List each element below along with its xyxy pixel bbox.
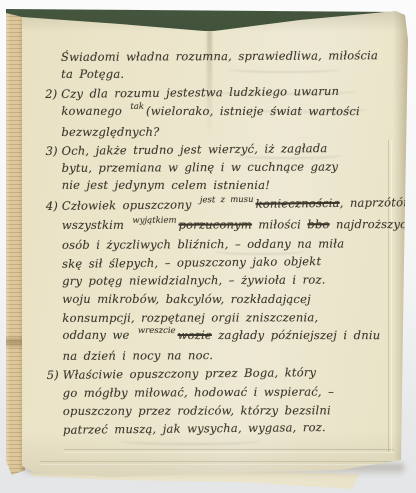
handwritten-text: , naprzótór — [340, 195, 409, 210]
handwritten-text: opuszczony przez rodziców, którzy bezsil… — [63, 403, 331, 418]
handwritten-text: miłości — [252, 217, 307, 231]
manuscript-line: oddany we wreszciewozie zagłady późniejs… — [62, 326, 408, 347]
manuscript-line: konsumpcji, rozpętanej orgii zniszczenia… — [62, 308, 408, 327]
paragraph-number: 4) — [46, 196, 62, 214]
handwritten-text: (wielorako, istnieje świat wartości — [146, 104, 360, 118]
handwritten-text: konsumpcji, rozpętanej orgii zniszczenia… — [62, 310, 318, 325]
handwritten-text: patrzeć muszą, jak wysycha, wygasa, roz. — [63, 420, 326, 437]
handwritten-text: Świadomi władna rozumna, sprawiedliwa, m… — [61, 48, 378, 64]
manuscript-line: 2)Czy dla rozumu jestestwa ludzkiego uwa… — [61, 82, 407, 104]
inserted-word-above-line: wyjątkiem — [132, 215, 176, 225]
manuscript-line: kowanego tak(wielorako, istnieje świat w… — [61, 101, 407, 122]
manuscript-line: Świadomi władna rozumna, sprawiedliwa, m… — [61, 46, 407, 66]
handwritten-text: osób i życzliwych bliźnich, – oddany na … — [62, 236, 344, 251]
manuscript-text: Świadomi władna rozumna, sprawiedliwa, m… — [61, 46, 409, 438]
handwritten-text: wszystkim — [62, 218, 131, 232]
handwritten-text: Człowiek opuszczony — [62, 197, 198, 212]
manuscript-photo: Świadomi władna rozumna, sprawiedliwa, m… — [0, 0, 416, 493]
handwritten-text: oddany we — [62, 328, 135, 342]
manuscript-line: gry potęg niewidzialnych, – żywioła i ro… — [62, 271, 408, 291]
handwritten-text: bezwzględnych? — [61, 125, 159, 139]
crossed-out-word: wozie — [178, 328, 212, 342]
manuscript-line: bytu, przemiana w glinę i w cuchnące gaz… — [62, 157, 408, 177]
paragraph-number: 5) — [47, 366, 63, 384]
handwritten-text: najdroższych — [330, 217, 415, 231]
handwritten-text: zagłady późniejszej i dniu — [212, 328, 380, 342]
handwritten-text: gry potęg niewidzialnych, – żywioła i ro… — [62, 273, 325, 288]
manuscript-line: patrzeć muszą, jak wysycha, wygasa, roz. — [63, 417, 409, 439]
handwritten-text: ta Potęga. — [61, 67, 124, 81]
manuscript-line: 4)Człowiek opuszczony jest z musukoniecz… — [62, 193, 408, 217]
handwritten-text: Czy dla rozumu jestestwa ludzkiego uwaru… — [61, 84, 339, 101]
handwritten-text: woju mikrobów, bakcylów, rozkładającej — [62, 291, 311, 305]
handwritten-text: bytu, przemiana w glinę i w cuchnące gaz… — [62, 160, 339, 175]
paragraph-number: 3) — [45, 142, 61, 160]
handwritten-text: go mógłby miłować, hodować i wspierać, – — [63, 384, 334, 399]
handwritten-text: nie jest jedynym celem istnienia! — [62, 178, 270, 192]
crossed-out-word: bbo — [307, 217, 329, 231]
inserted-word-above-line: wreszcie — [138, 326, 176, 336]
handwritten-text: kowanego — [61, 103, 128, 117]
handwritten-text: Właściwie opuszczony przez Boga, który — [63, 366, 317, 383]
manuscript-line: go mógłby miłować, hodować i wspierać, – — [63, 382, 409, 402]
inserted-word-above-line: jest z musu — [200, 194, 254, 205]
handwritten-text: na dzień i nocy na noc. — [63, 348, 214, 363]
handwritten-text: Och, jakże trudno jest wierzyć, iż zagła… — [61, 141, 327, 158]
crossed-out-word: koniecznościa — [256, 196, 340, 211]
inserted-word-above-line: tak — [130, 102, 144, 112]
handwritten-text: skę sił ślepych, – opuszczony jako objek… — [62, 254, 321, 271]
manuscript-page: Świadomi władna rozumna, sprawiedliwa, m… — [0, 0, 416, 493]
paragraph-number: 2) — [45, 85, 61, 103]
manuscript-line: wszystkim wyjątkiemporzuconym miłości bb… — [62, 215, 408, 236]
crossed-out-word: porzuconym — [179, 217, 252, 231]
manuscript-line: nie jest jedynym celem istnienia! — [62, 176, 408, 195]
manuscript-line: woju mikrobów, bakcylów, rozkładającej — [62, 289, 408, 308]
